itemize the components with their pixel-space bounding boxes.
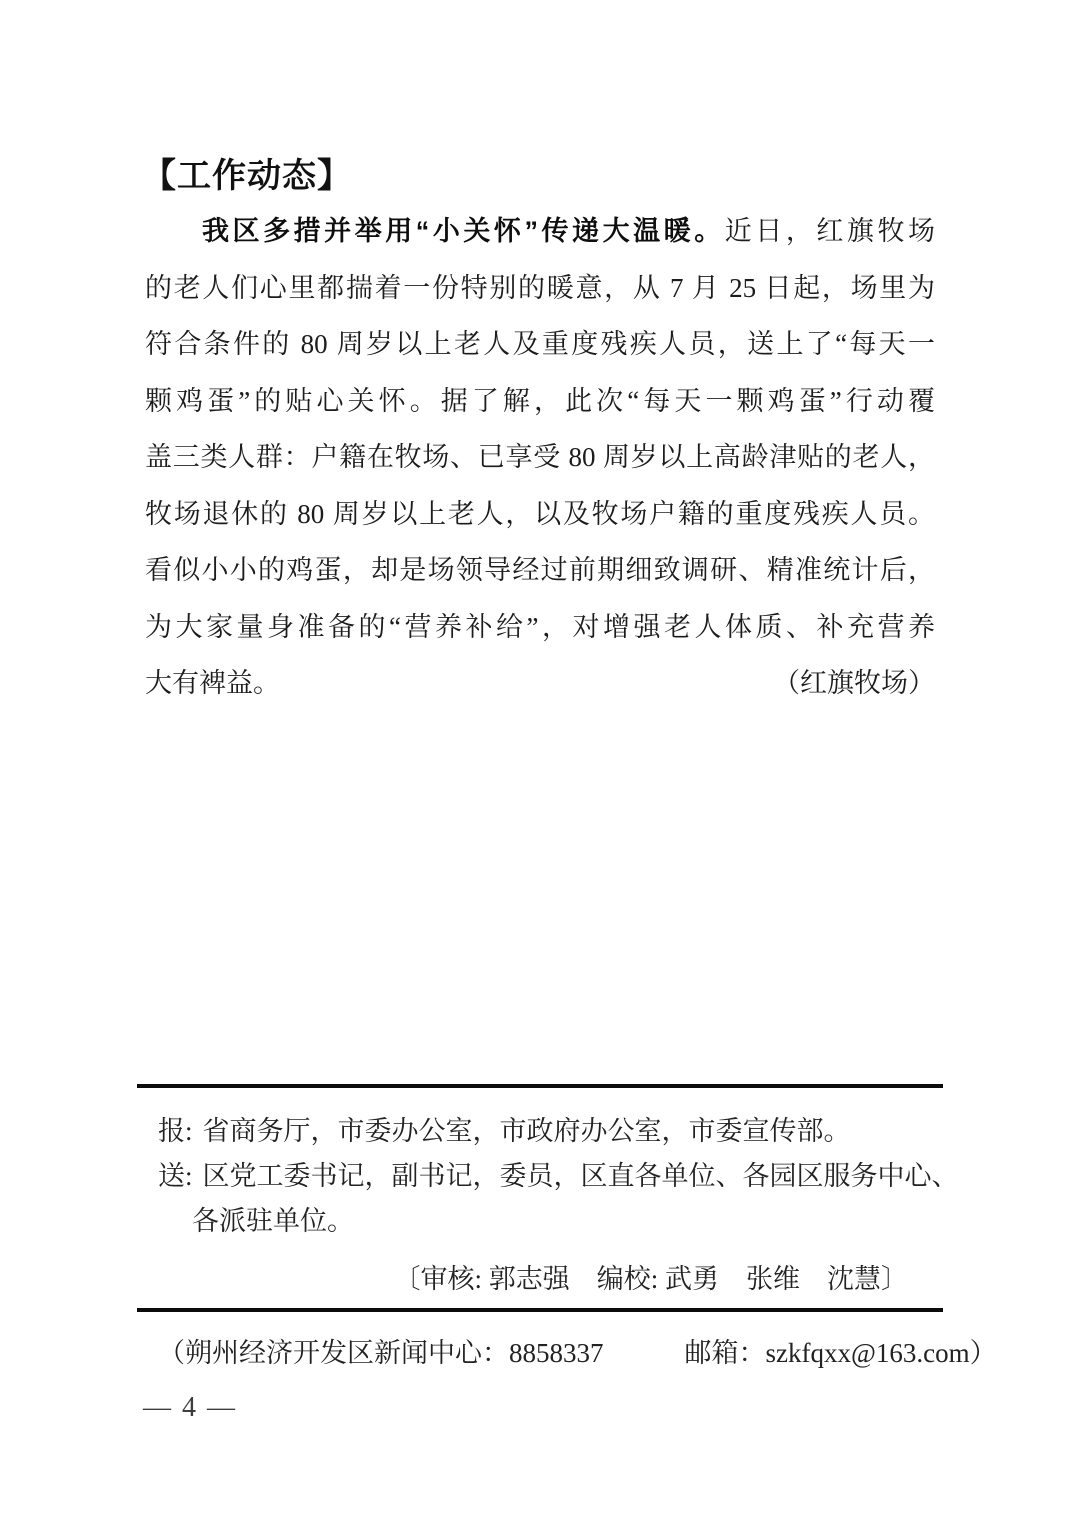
- report-label: 报:: [158, 1116, 193, 1146]
- article-line: 为大家量身准备的“营养补给”，对增强老人体质、补充营养: [145, 599, 935, 656]
- article-closing-line: 大有裨益。 （红旗牧场）: [145, 655, 935, 712]
- article-line: 看似小小的鸡蛋，却是场领导经过前期细致调研、精准统计后，: [145, 542, 935, 599]
- article-line: 牧场退休的 80 周岁以上老人，以及牧场户籍的重度残疾人员。: [145, 486, 935, 543]
- article-line: 的老人们心里都揣着一份特别的暖意，从 7 月 25 日起，场里为: [145, 260, 935, 317]
- send-line-continuation: 各派驻单位。: [192, 1201, 354, 1241]
- footer-divider-rule: [137, 1308, 943, 1312]
- article-line: 符合条件的 80 周岁以上老人及重度残疾人员，送上了“每天一: [145, 316, 935, 373]
- send-line: 送:区党工委书记，副书记，委员，区直各单位、各园区服务中心、: [158, 1156, 959, 1196]
- report-line: 报:省商务厅，市委办公室，市政府办公室，市委宣传部。: [158, 1111, 851, 1151]
- section-header: 【工作动态】: [142, 148, 352, 197]
- article-line: 盖三类人群：户籍在牧场、已享受 80 周岁以上高龄津贴的老人，: [145, 429, 935, 486]
- send-label: 送:: [158, 1161, 193, 1191]
- article-closing-text: 大有裨益。: [145, 655, 280, 712]
- document-page: 【工作动态】 我区多措并举用“小关怀”传递大温暖。近日，红旗牧场 的老人们心里都…: [0, 0, 1074, 1520]
- send-text: 区党工委书记，副书记，委员，区直各单位、各园区服务中心、: [203, 1161, 959, 1191]
- article-paragraph: 我区多措并举用“小关怀”传递大温暖。近日，红旗牧场 的老人们心里都揣着一份特别的…: [145, 203, 935, 712]
- attribution: （红旗牧场）: [773, 655, 935, 712]
- article-line: 我区多措并举用“小关怀”传递大温暖。近日，红旗牧场: [145, 203, 935, 260]
- report-text: 省商务厅，市委办公室，市政府办公室，市委宣传部。: [203, 1116, 851, 1146]
- auditors-line: 〔审核: 郭志强 编校: 武勇 张维 沈慧〕: [393, 1259, 908, 1299]
- article-lead-bold: 我区多措并举用“小关怀”传递大温暖。: [202, 216, 725, 246]
- article-line: 颗鸡蛋”的贴心关怀。据了解，此次“每天一颗鸡蛋”行动覆: [145, 373, 935, 430]
- distribution-divider-rule: [137, 1084, 943, 1088]
- article-line-text: 近日，红旗牧场: [725, 216, 935, 246]
- contact-line: （朔州经济开发区新闻中心：8858337 邮箱：szkfqxx@163.com）: [158, 1331, 997, 1375]
- page-number: — 4 —: [143, 1392, 237, 1424]
